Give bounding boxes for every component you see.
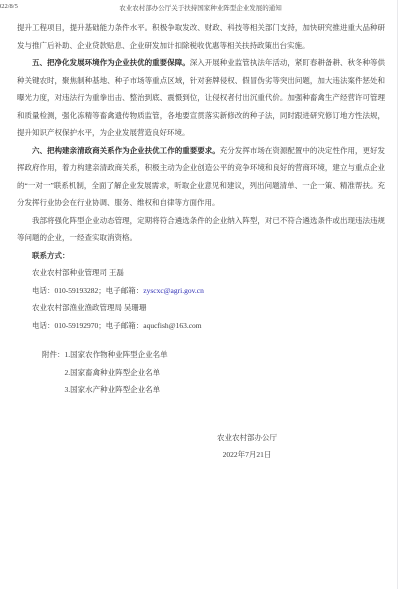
attachments-section: 附件： 1.国家农作物种业阵型企业名单 2.国家畜禽种业阵型企业名单 3.国家水… [17,346,385,399]
contact-phone-email-seed-admin: 电话：010-59193282；电子邮箱：zyscxc@agri.gov.cn [17,282,385,300]
paragraph-text: 深入开展种业监管执法年活动，紧盯春耕备耕、秋冬种等供种关键农时，聚焦制种基地、种… [17,58,385,137]
contact-phone-label: 电话：010-59192970；电子邮箱： [32,321,143,330]
email-link-seed-admin[interactable]: zyscxc@agri.gov.cn [143,286,204,295]
document-body: 提升工程项目，提升基础能力条件水平。积极争取发改、财政、科技等相关部门支持，加快… [17,19,385,464]
contact-heading: 联系方式： [17,247,385,265]
contact-org-fishery-bureau: 农业农村部渔业渔政管理局 吴珊珊 [17,299,385,317]
email-text-fishery-bureau: aqucfish@163.com [143,321,201,330]
page-right-edge [397,0,398,589]
signature-block: 农业农村部办公厅 2022年7月21日 [187,429,307,464]
contact-phone-email-fishery-bureau: 电话：010-59192970；电子邮箱：aqucfish@163.com [17,317,385,335]
attachments-row: 附件： 1.国家农作物种业阵型企业名单 2.国家畜禽种业阵型企业名单 3.国家水… [17,346,385,399]
paragraph-lead: 六、把构建亲清政商关系作为企业扶优工作的重要要求。 [32,146,220,155]
attachment-item-3: 3.国家水产种业阵型企业名单 [65,381,168,399]
signature-org: 农业农村部办公厅 [187,429,307,447]
attachment-item-1: 1.国家农作物种业阵型企业名单 [65,346,168,364]
contact-phone-label: 电话：010-59193282；电子邮箱： [32,286,143,295]
paragraph-text: 提升工程项目，提升基础能力条件水平。积极争取发改、财政、科技等相关部门支持，加快… [17,23,385,50]
print-date-stamp: 022/8/5 [0,3,18,10]
paragraph-continuation: 提升工程项目，提升基础能力条件水平。积极争取发改、财政、科技等相关部门支持，加快… [17,19,385,54]
paragraph-item-5: 五、把净化发展环境作为企业扶优的重要保障。深入开展种业监管执法年活动，紧盯春耕备… [17,54,385,142]
document-header-title: 农业农村部办公厅关于扶持国家种业阵型企业发展的通知 [0,3,401,12]
paragraph-lead: 五、把净化发展环境作为企业扶优的重要保障。 [32,58,190,67]
paragraph-item-6: 六、把构建亲清政商关系作为企业扶优工作的重要要求。充分发挥市场在资源配置中的决定… [17,142,385,212]
paragraph-text: 我部将强化阵型企业动态管理，定期将符合遴选条件的企业纳入阵型，对已不符合遴选条件… [17,216,385,243]
print-header: 022/8/5 农业农村部办公厅关于扶持国家种业阵型企业发展的通知 [0,0,401,15]
contact-org-seed-admin: 农业农村部种业管理司 王磊 [17,264,385,282]
signature-date: 2022年7月21日 [187,446,307,464]
paragraph-dynamic-management: 我部将强化阵型企业动态管理，定期将符合遴选条件的企业纳入阵型，对已不符合遴选条件… [17,212,385,247]
attachments-label: 附件： [42,346,65,399]
attachments-list: 1.国家农作物种业阵型企业名单 2.国家畜禽种业阵型企业名单 3.国家水产种业阵… [65,346,168,399]
attachment-item-2: 2.国家畜禽种业阵型企业名单 [65,364,168,382]
